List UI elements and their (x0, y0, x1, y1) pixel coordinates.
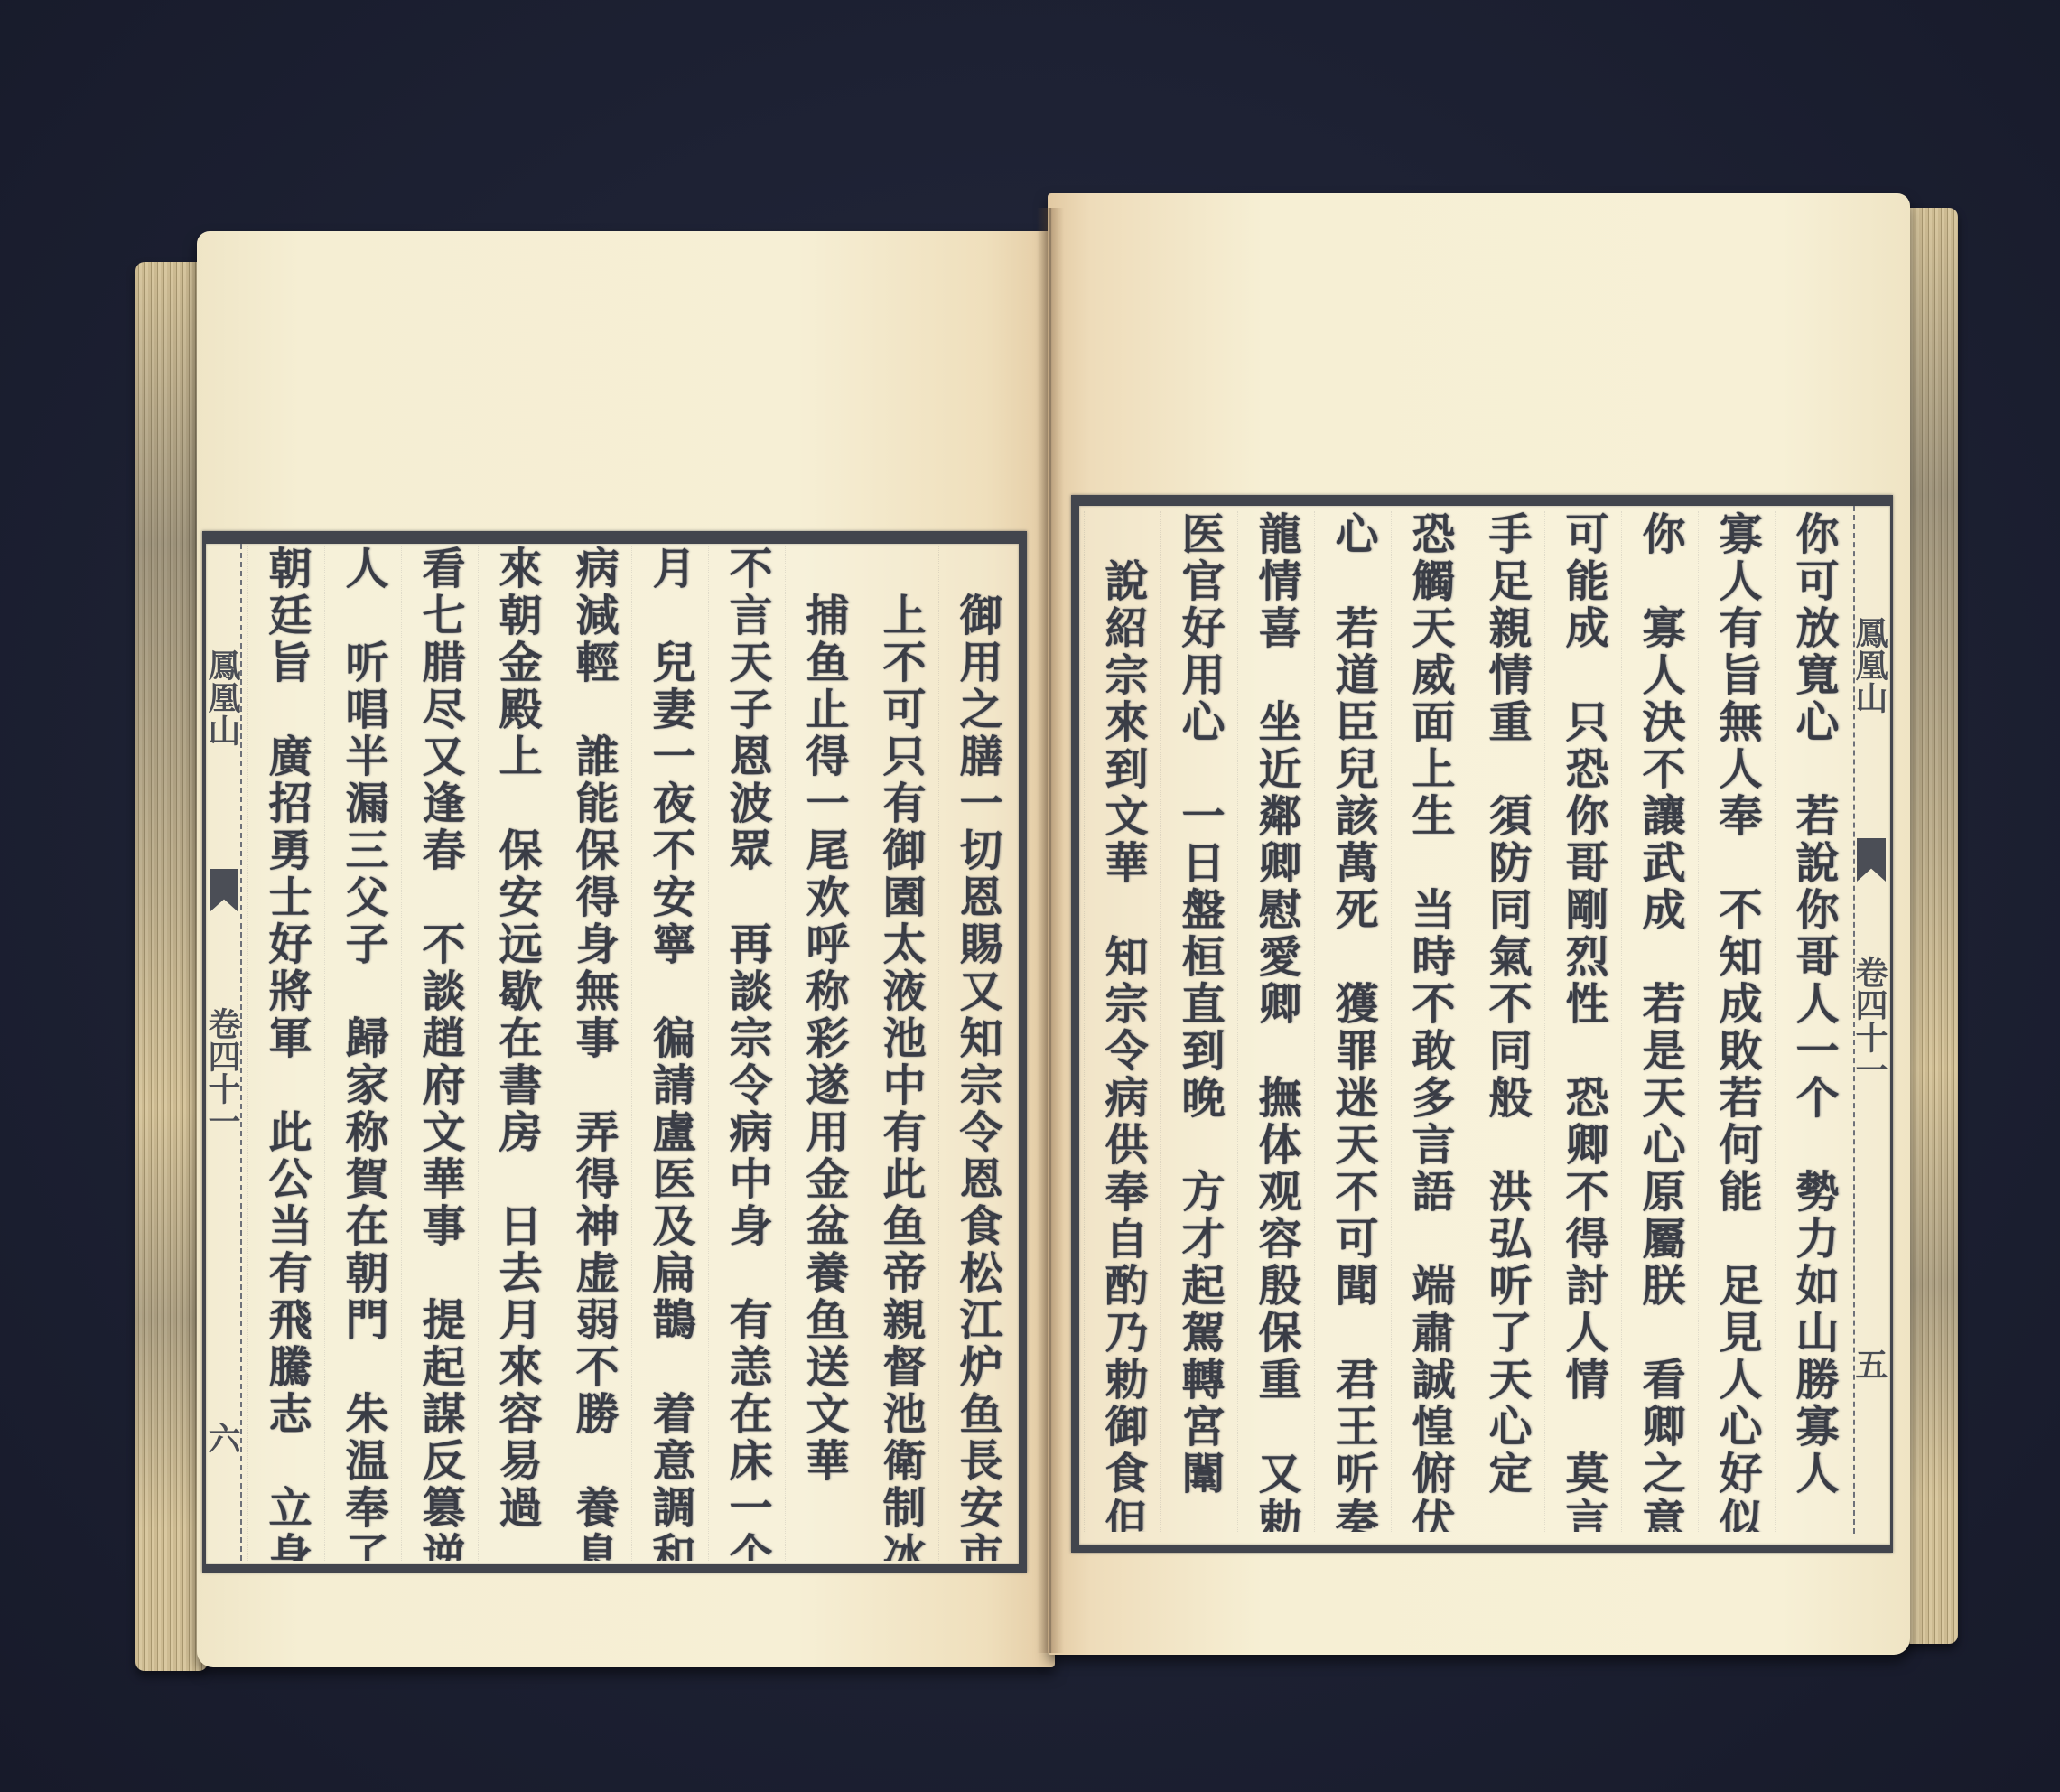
text-column: 說紹宗來到文華 知宗令病供奉自酌乃勅御食但凡 (1084, 511, 1160, 1532)
text-column: 你可放寬心 若說你哥人一个 勢力如山勝寡人 (1775, 511, 1851, 1532)
left-page-banxin: 鳳凰山 卷四十一 六 (208, 544, 242, 1561)
right-page-banxin: 鳳凰山 卷四十一 五 (1853, 506, 1888, 1534)
right-banxin-volume: 卷四十一 (1855, 885, 1888, 1156)
text-column: 朝廷旨 廣招勇士好將軍 此公当有飛騰志 立身 (247, 546, 324, 1561)
text-column: 医官好用心 一日盤桓直到晚 方才起駕轉宮闈 (1160, 511, 1237, 1532)
right-banxin-page-number: 五 (1855, 1337, 1888, 1391)
text-column: 病減輕 誰能保得身無事 弄得神虚弱不勝 養息 (555, 546, 631, 1561)
text-column: 來朝金殿上 保安远歇在書房 日去月來容易過 (478, 546, 555, 1561)
text-column: 你 寡人決不讓武成 若是天心原屬朕 看卿之意 (1621, 511, 1698, 1532)
right-banxin-title: 鳳凰山 (1855, 511, 1888, 818)
left-page-text: 御用之膳一切恩賜又知宗令恩食松江炉鱼長安市 上不可只有御園太液池中有此鱼帝親督池… (246, 546, 1015, 1561)
text-column: 可能成 只恐你哥剛烈性 恐卿不得討人情 莫言 (1544, 511, 1621, 1532)
text-column: 龍情喜 坐近鄰卿慰愛卿 撫体观容殷保重 又勅 (1237, 511, 1314, 1532)
text-column: 御用之膳一切恩賜又知宗令恩食松江炉鱼長安市 (938, 546, 1015, 1561)
left-banxin-volume: 卷四十一 (208, 923, 240, 1221)
text-column: 手足親情重 須防同氣不同般 洪弘听了天心定 (1468, 511, 1544, 1532)
text-column: 不言天子恩波眾 再談宗令病中身 有恙在床一个 (708, 546, 785, 1561)
book-gutter (1037, 208, 1064, 1653)
left-banxin-title: 鳳凰山 (208, 553, 240, 842)
left-banxin-page-number: 六 (208, 1411, 240, 1465)
text-column: 恐觸天威面上生 当時不敢多言語 端肅誠惶俯伏小 (1391, 511, 1468, 1532)
text-column: 人 听唱半漏三父子 歸家称賀在朝門 朱温奉了 (324, 546, 401, 1561)
text-column: 上不可只有御園太液池中有此鱼帝親督池衛制冰 (862, 546, 938, 1561)
text-column: 看七腊尽又逢春 不談趙府文華事 提起謀反篡逆 (401, 546, 478, 1561)
text-column: 月 兒妻一夜不安寧 徧請盧医及扁鵲 着意調和 (631, 546, 708, 1561)
left-fish-tail-icon (210, 869, 238, 912)
text-column: 捕鱼止得一尾欢呼称彩遂用金盆養鱼送文華 (785, 546, 862, 1561)
text-column: 寡人有旨無人奉 不知成敗若何能 足見人心好似 (1698, 511, 1775, 1532)
right-fish-tail-icon (1857, 838, 1886, 882)
text-column: 心 若道臣兒該萬死 獲罪迷天不可聞 君王听奏 (1314, 511, 1391, 1532)
right-page-text: 你可放寬心 若說你哥人一个 勢力如山勝寡人 寡人有旨無人奉 不知成敗若何能 足見… (1084, 511, 1851, 1532)
